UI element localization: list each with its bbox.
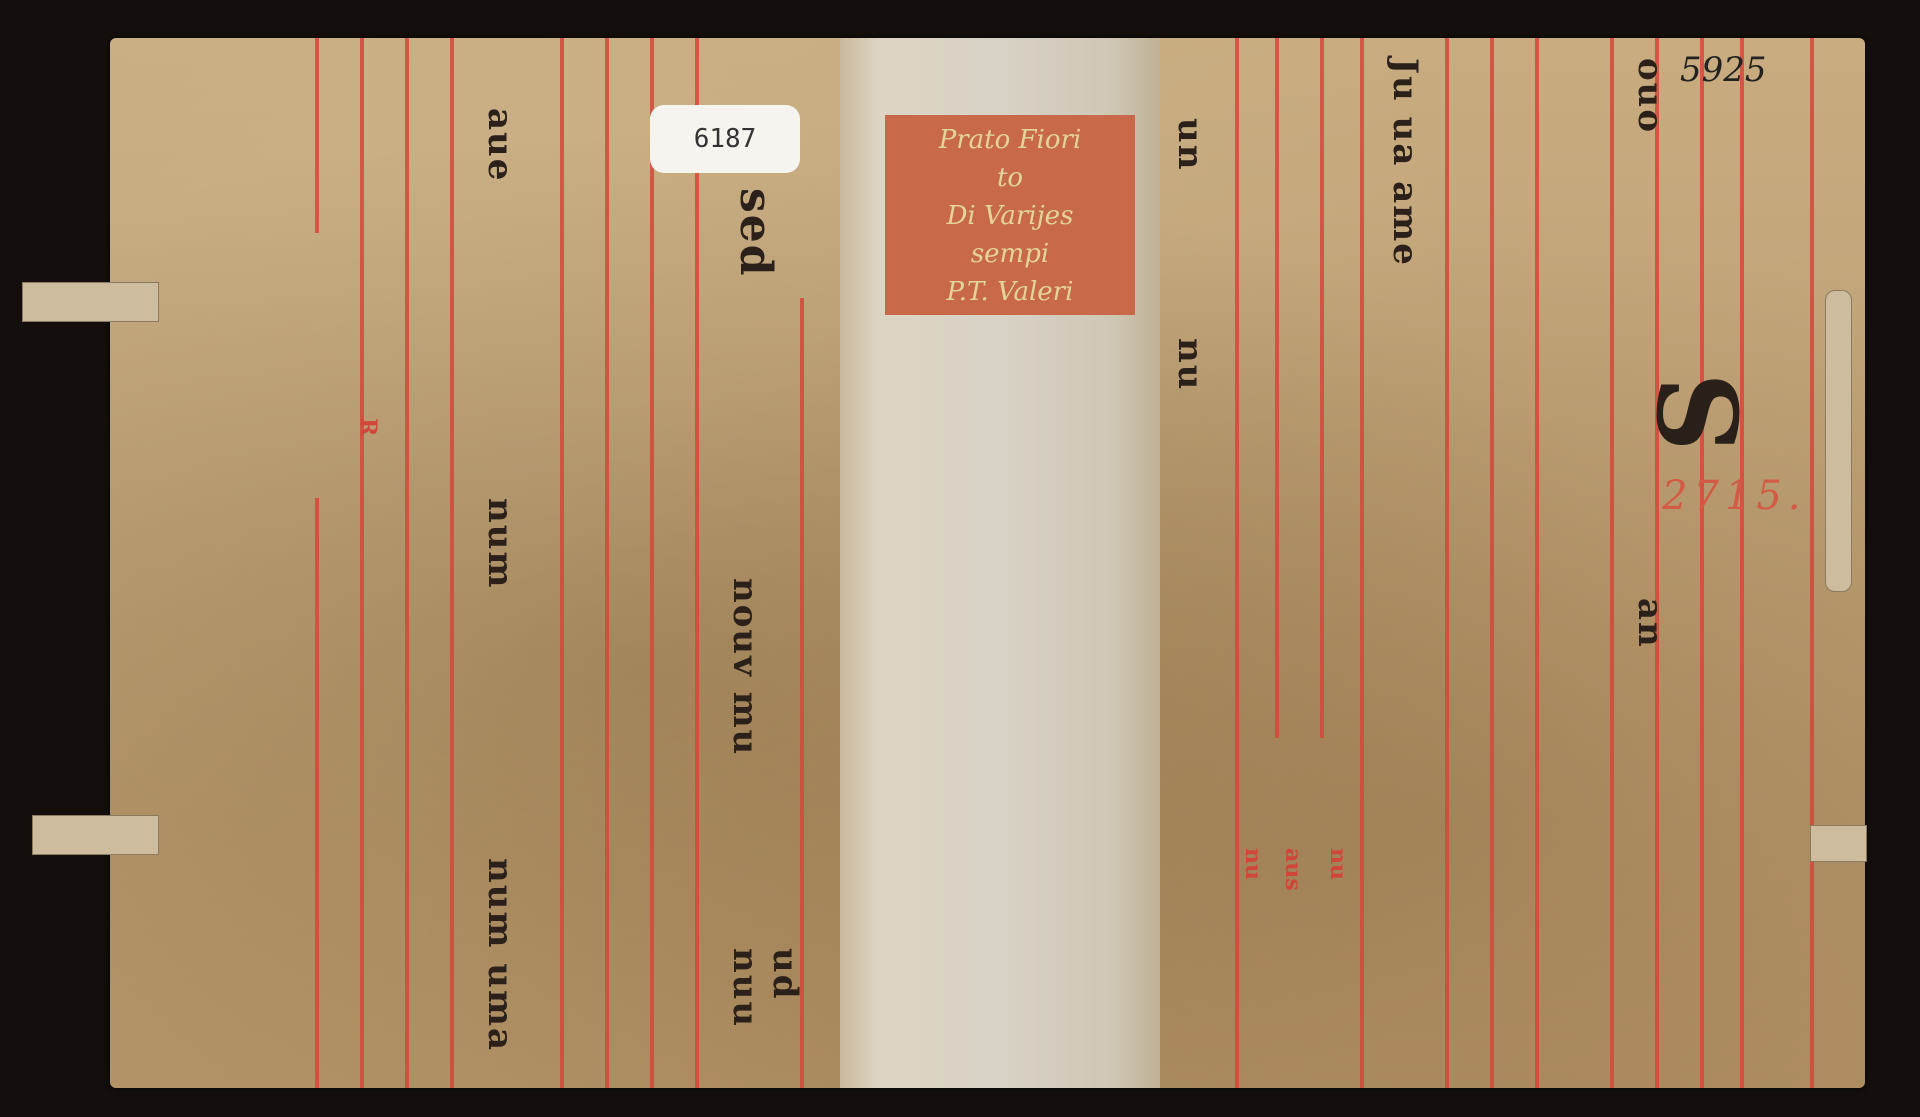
red-rubric: aus [1280, 848, 1306, 891]
book-cover: aue sed num num uma nouv mu ud nuu R 592… [110, 38, 1865, 1088]
spine-ink-number: 5925 [1680, 50, 1767, 90]
red-ruling-line [1740, 38, 1744, 1088]
manuscript-fragment: an [1630, 598, 1670, 649]
red-ruling-line [1490, 38, 1494, 1088]
red-ruling-line [1360, 38, 1364, 1088]
manuscript-fragment: nouv mu [725, 578, 765, 756]
tie-strap [1810, 825, 1867, 862]
red-rubric: nu [1240, 848, 1266, 880]
shelf-label: 6187 [650, 105, 800, 173]
manuscript-fragment: ouo [1630, 58, 1670, 134]
red-rubric: R [355, 418, 381, 436]
label-line: to [885, 159, 1135, 197]
red-ruling-line [405, 38, 409, 1088]
label-line: sempi [885, 235, 1135, 273]
red-ruling-line [560, 38, 564, 1088]
label-line: Di Varijes [885, 197, 1135, 235]
red-ruling-line [360, 38, 364, 1088]
manuscript-fragment: aue [480, 108, 520, 182]
red-ruling-line [1235, 38, 1239, 1088]
red-ruling-line [1275, 38, 1279, 738]
manuscript-fragment: Ju ua ame [1385, 58, 1425, 267]
red-ruling-line [1535, 38, 1539, 1088]
manuscript-fragment: nu [1170, 338, 1210, 391]
spine-red-number: 2715. [1662, 473, 1807, 519]
tie-strap [1825, 290, 1852, 592]
manuscript-fragment: un [1170, 118, 1210, 171]
manuscript-fragment: ud nuu [725, 948, 805, 1088]
red-ruling-line [1810, 38, 1814, 1088]
red-ruling-line [1320, 38, 1324, 738]
red-rubric: nu [1325, 848, 1351, 880]
red-ruling-line [1445, 38, 1449, 1088]
red-ruling-line [605, 38, 609, 1088]
red-ruling-line [1700, 38, 1704, 1088]
red-ruling-line [1610, 38, 1614, 1088]
label-line: Prato Fiori [885, 121, 1135, 159]
manuscript-fragment: sed [730, 188, 781, 278]
manuscript-fragment: num uma [480, 858, 520, 1052]
red-ruling-line [450, 38, 454, 1088]
spine-title-label: Prato Fiori to Di Varijes sempi P.T. Val… [885, 115, 1135, 315]
manuscript-fragment: num [480, 498, 520, 589]
red-ruling-line [1655, 38, 1659, 1088]
red-ruling-line [695, 38, 699, 1088]
tie-strap [22, 282, 159, 322]
label-line: P.T. Valeri [885, 273, 1135, 311]
red-ruling-line [315, 498, 319, 1088]
red-ruling-line [650, 38, 654, 1088]
tie-strap [32, 815, 159, 855]
decorated-initial: S [1635, 373, 1764, 452]
red-ruling-line [315, 38, 319, 233]
